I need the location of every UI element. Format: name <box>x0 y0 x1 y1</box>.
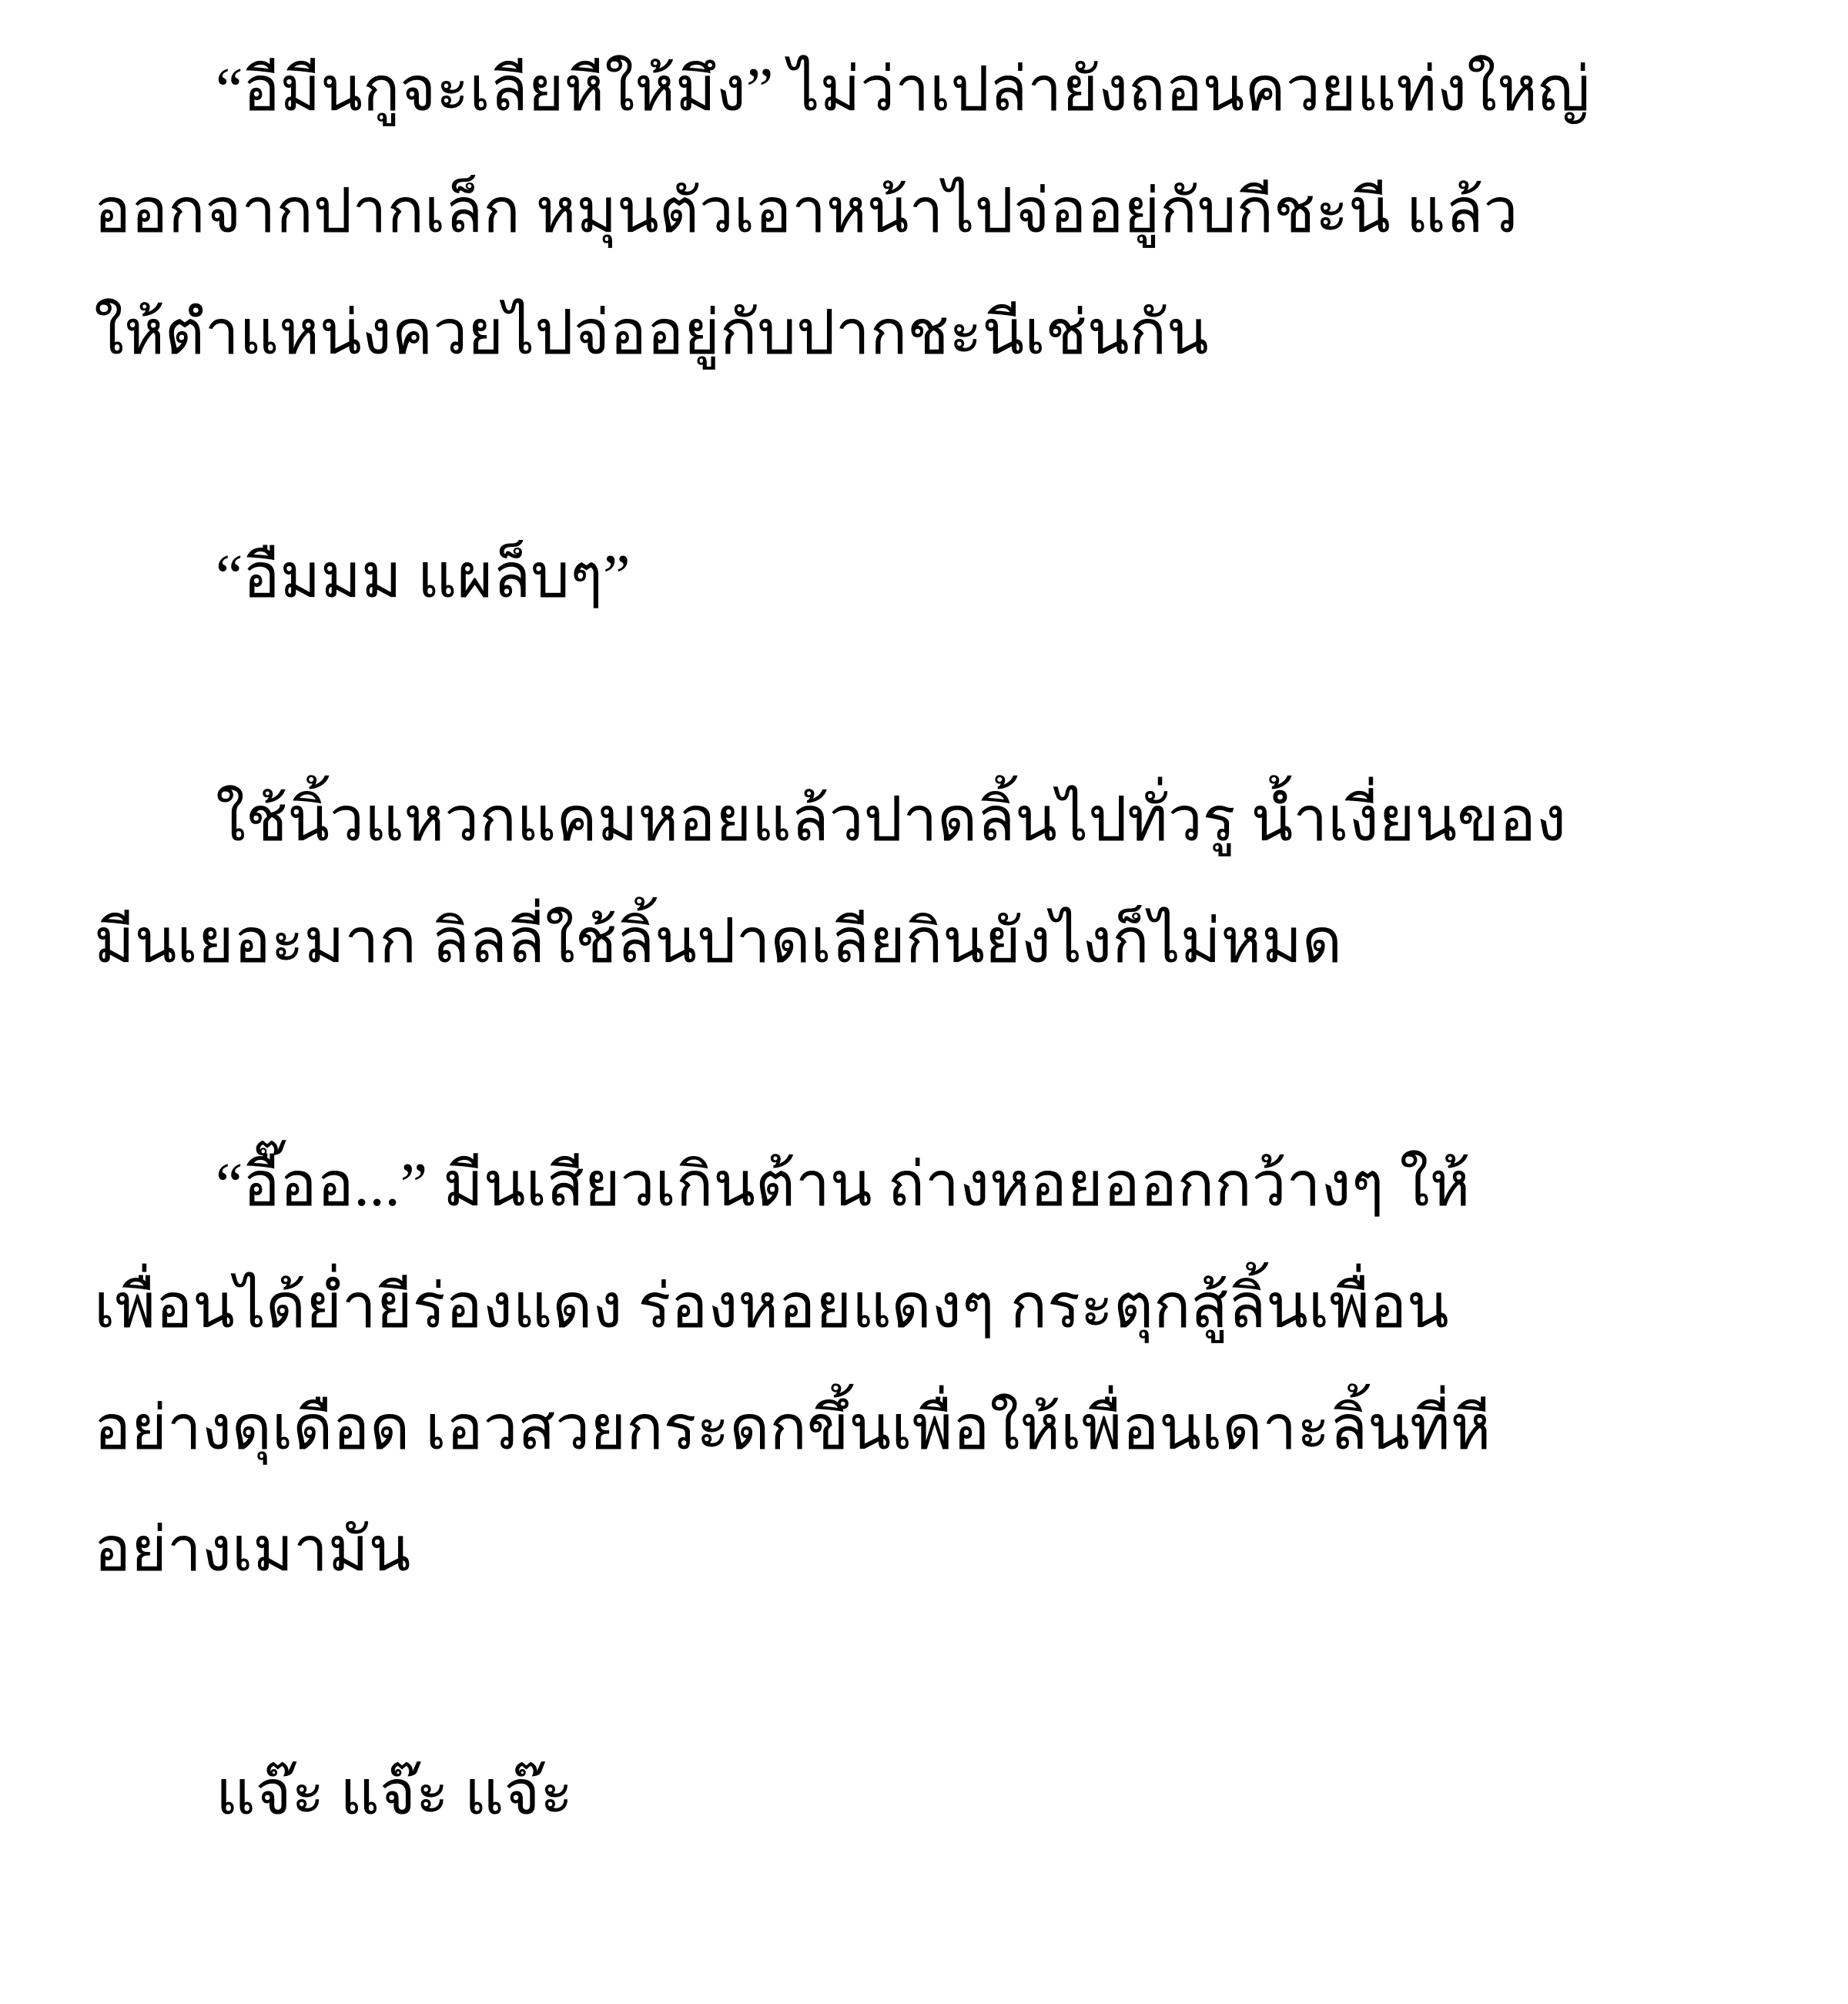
text-line: แจ๊ะ แจ๊ะ แจ๊ะ <box>94 1733 1802 1855</box>
text-line: “อื๊ออ...” มีนเสียวเกินต้าน ถ่างหอยออกกว… <box>94 1124 1802 1246</box>
paragraph: “อื๊ออ...” มีนเสียวเกินต้าน ถ่างหอยออกกว… <box>94 1124 1802 1611</box>
text-line: มีนเยอะมาก ลิลลี่ใช้ลิ้นปาดเลียกินยังไงก… <box>94 881 1802 1003</box>
text-page: “อีมีนกูจะเลียหีให้มึง” ไม่ว่าเปล่ายังถอ… <box>0 0 1848 2004</box>
text-line: ให้ตำแหน่งควยไปจ่ออยู่กับปากชะนีเช่นกัน <box>94 273 1802 394</box>
paragraph: แจ๊ะ แจ๊ะ แจ๊ะ <box>94 1733 1802 1855</box>
text-line: “อืมมม แผล็บๆ” <box>94 516 1802 638</box>
paragraph: ใช้นิ้วแหวกแคมหอยแล้วปาดลิ้นไปทั่วรู น้ำ… <box>94 759 1802 1003</box>
text-line: เพื่อนได้ย่ำยีร่องแดง ร่องหอยแดงๆ กระตุก… <box>94 1246 1802 1368</box>
paragraph: “อืมมม แผล็บๆ” <box>94 516 1802 638</box>
text-line: อย่างดุเดือด เอวสวยกระดกขึ้นเพื่อให้เพื่… <box>94 1368 1802 1490</box>
text-body: “อีมีนกูจะเลียหีให้มึง” ไม่ว่าเปล่ายังถอ… <box>94 29 1802 1855</box>
paragraph: “อีมีนกูจะเลียหีให้มึง” ไม่ว่าเปล่ายังถอ… <box>94 29 1802 394</box>
text-line: อย่างเมามัน <box>94 1490 1802 1611</box>
text-line: “อีมีนกูจะเลียหีให้มึง” ไม่ว่าเปล่ายังถอ… <box>94 29 1802 151</box>
text-line: ใช้นิ้วแหวกแคมหอยแล้วปาดลิ้นไปทั่วรู น้ำ… <box>94 759 1802 881</box>
text-line: ออกจากปากเล็ก หมุนตัวเอาหน้าไปจ่ออยู่กับ… <box>94 151 1802 273</box>
